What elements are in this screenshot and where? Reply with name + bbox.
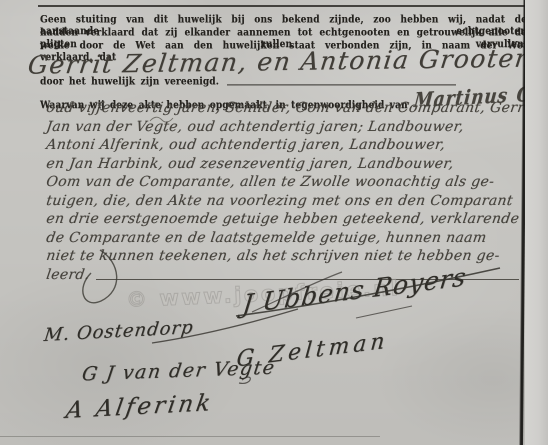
act-line-leerd: leerd. [45,266,91,285]
handwritten-act-body: oud vijfenveertig jaren, Schilder, Oom v… [45,99,534,284]
marriage-record-scan: Geen stuiting van dit huwelijk bij ons b… [0,0,548,445]
signature-van-der-vegte: G J van der Vegte [81,357,278,386]
printed-vereenigd-text: door het huwelijk zijn vereenigd. [40,76,219,88]
act-line: Jan van der Vegte, oud achtendertig jare… [45,118,536,137]
adjacent-page-strip [525,0,548,445]
printed-vereenigd-row: door het huwelijk zijn vereenigd. [40,76,460,88]
act-line: de Comparante en de laatstgemelde getuig… [45,229,536,248]
act-line: en Jan Harbink, oud zesenzeventig jaren,… [45,155,536,174]
signature-oostendorp: M. Oostendorp [43,317,195,346]
signature-alferink: A Alferink [64,390,215,424]
top-rule [38,5,530,7]
act-line: Antoni Alferink, oud achtendertig jaren,… [45,136,536,155]
filler-rule [227,84,456,85]
act-line: tuigen, die, den Akte na voorlezing met … [45,192,536,211]
act-line: en drie eerstgenoemde getuige hebben get… [45,210,536,229]
bottom-crease-line [0,436,380,437]
handwritten-couple-names: Gerrit Zeltman, en Antonia Grooten, [26,43,544,79]
zeltman-lead-stroke [356,306,412,318]
act-line: Oom van de Comparante, allen te Zwolle w… [45,173,536,192]
act-line: oud vijfenveertig jaren, Schilder, Oom v… [45,99,536,118]
